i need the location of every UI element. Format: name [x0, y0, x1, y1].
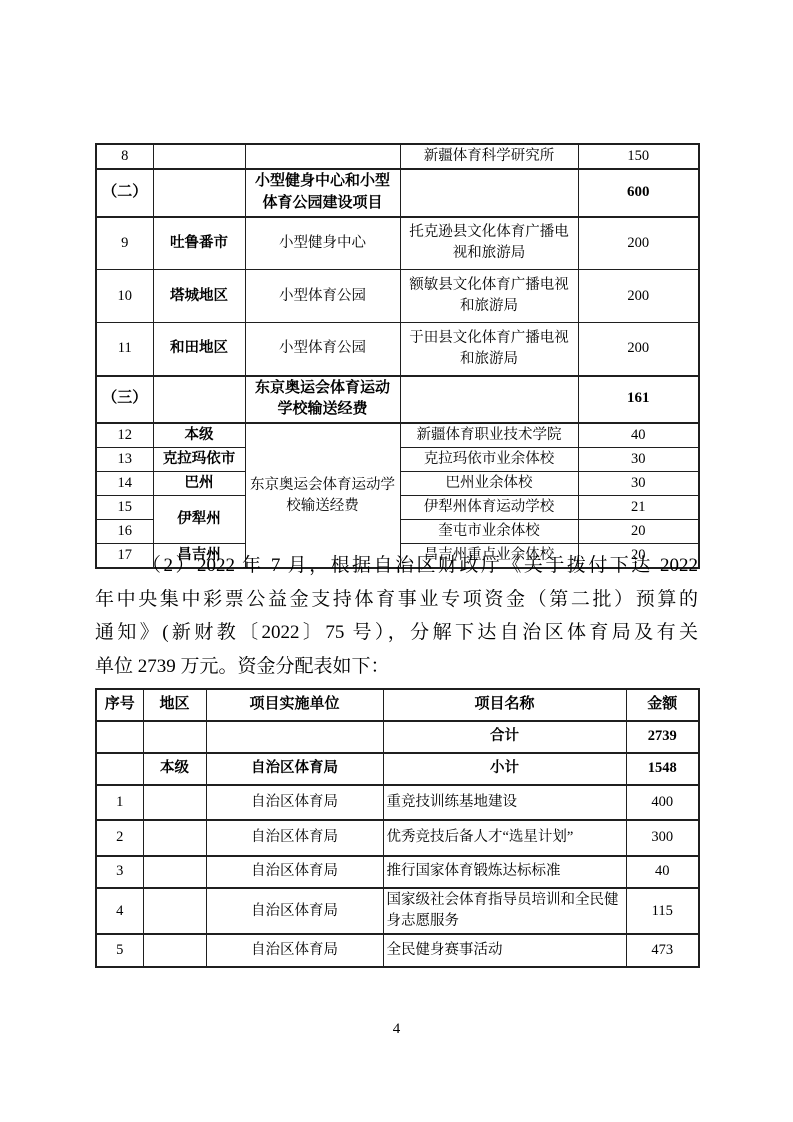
paragraph-line: 年中央集中彩票公益金支持体育事业专项资金（第二批）预算的 [95, 583, 698, 617]
table-cell: 全民健身赛事活动 [383, 934, 626, 967]
table-cell: 2739 [626, 721, 699, 753]
table-cell: 600 [578, 169, 699, 217]
table-cell: 自治区体育局 [206, 888, 383, 934]
table-cell: 项目实施单位 [206, 689, 383, 721]
table-cell: 克拉玛依市业余体校 [400, 448, 578, 472]
table-cell: 新疆体育职业技术学院 [400, 423, 578, 448]
table-cell [400, 376, 578, 424]
table-cell: 40 [626, 856, 699, 888]
table-cell: 20 [578, 520, 699, 544]
table-cell: 11 [96, 323, 153, 376]
table-cell: （二） [96, 169, 153, 217]
table-cell: （三） [96, 376, 153, 424]
table-lottery-fund-batch2: 序号地区项目实施单位项目名称金额合计2739本级自治区体育局小计15481自治区… [95, 688, 700, 968]
table-cell: 新疆体育科学研究所 [400, 144, 578, 169]
table-cell: 13 [96, 448, 153, 472]
table-cell: 473 [626, 934, 699, 967]
table-cell: 塔城地区 [153, 270, 245, 323]
table-cell: 地区 [143, 689, 206, 721]
table-cell: 3 [96, 856, 143, 888]
table-cell: 巴州业余体校 [400, 472, 578, 496]
table-cell: 300 [626, 820, 699, 856]
table-cell: 重竞技训练基地建设 [383, 785, 626, 820]
table-cell [153, 376, 245, 424]
table-cell: 国家级社会体育指导员培训和全民健身志愿服务 [383, 888, 626, 934]
table-cell: 9 [96, 217, 153, 270]
table-cell [153, 144, 245, 169]
table-cell: 吐鲁番市 [153, 217, 245, 270]
table-cell: 200 [578, 323, 699, 376]
table-cell: 30 [578, 448, 699, 472]
table-cell [400, 169, 578, 217]
table-cell: 小型体育公园 [245, 323, 400, 376]
table-cell [143, 721, 206, 753]
table-cell: 自治区体育局 [206, 856, 383, 888]
table-cell: 巴州 [153, 472, 245, 496]
table-cell: 小计 [383, 753, 626, 785]
table-cell [206, 721, 383, 753]
table-cell: 40 [578, 423, 699, 448]
table-cell: 15 [96, 496, 153, 520]
paragraph-line: 单位 2739 万元。资金分配表如下： [95, 650, 698, 684]
table-cell: 东京奥运会体育运动学校输送经费 [245, 423, 400, 568]
table-cell: 序号 [96, 689, 143, 721]
table-cell [143, 888, 206, 934]
table-cell: 伊犁州体育运动学校 [400, 496, 578, 520]
table-cell: 托克逊县文化体育广播电视和旅游局 [400, 217, 578, 270]
table-cell: 14 [96, 472, 153, 496]
table-cell [143, 934, 206, 967]
body-paragraph: （2）2022 年 7 月，根据自治区财政厅《关于拨付下达 2022年中央集中彩… [95, 549, 698, 683]
paragraph-line: （2）2022 年 7 月，根据自治区财政厅《关于拨付下达 2022 [95, 549, 698, 583]
table-cell: 优秀竞技后备人才“选星计划” [383, 820, 626, 856]
table-cell: 本级 [143, 753, 206, 785]
table-cell: 21 [578, 496, 699, 520]
table-cell: 1548 [626, 753, 699, 785]
table-cell: 自治区体育局 [206, 753, 383, 785]
table-cell: 2 [96, 820, 143, 856]
table-cell: 16 [96, 520, 153, 544]
table-cell: 115 [626, 888, 699, 934]
table-cell: 金额 [626, 689, 699, 721]
table-cell: 161 [578, 376, 699, 424]
table-cell: 5 [96, 934, 143, 967]
table-cell: 于田县文化体育广播电视和旅游局 [400, 323, 578, 376]
table-cell: 200 [578, 217, 699, 270]
table-cell: 12 [96, 423, 153, 448]
table-cell [143, 820, 206, 856]
table-lottery-fund-batch1: 8新疆体育科学研究所150（二）小型健身中心和小型体育公园建设项目6009吐鲁番… [95, 143, 700, 569]
table-cell: 自治区体育局 [206, 820, 383, 856]
table-cell: 小型健身中心和小型体育公园建设项目 [245, 169, 400, 217]
table-cell: 8 [96, 144, 153, 169]
page-number: 4 [0, 1021, 793, 1038]
table-cell: 推行国家体育锻炼达标标准 [383, 856, 626, 888]
table-cell: 本级 [153, 423, 245, 448]
table-cell: 小型体育公园 [245, 270, 400, 323]
table-cell: 400 [626, 785, 699, 820]
table-cell [143, 856, 206, 888]
table-cell: 项目名称 [383, 689, 626, 721]
table-cell: 自治区体育局 [206, 785, 383, 820]
table-cell: 东京奥运会体育运动学校输送经费 [245, 376, 400, 424]
table-cell: 1 [96, 785, 143, 820]
table-cell [153, 169, 245, 217]
table-cell [143, 785, 206, 820]
table-cell: 200 [578, 270, 699, 323]
table-cell: 伊犁州 [153, 496, 245, 544]
table-cell: 合计 [383, 721, 626, 753]
table-cell: 150 [578, 144, 699, 169]
table-cell: 和田地区 [153, 323, 245, 376]
table-cell [96, 721, 143, 753]
table-cell: 奎屯市业余体校 [400, 520, 578, 544]
table-cell: 小型健身中心 [245, 217, 400, 270]
table-cell [96, 753, 143, 785]
table-cell: 额敏县文化体育广播电视和旅游局 [400, 270, 578, 323]
table-cell: 4 [96, 888, 143, 934]
table-cell: 30 [578, 472, 699, 496]
table-cell: 自治区体育局 [206, 934, 383, 967]
table-cell [245, 144, 400, 169]
table-cell: 克拉玛依市 [153, 448, 245, 472]
table-cell: 10 [96, 270, 153, 323]
document-page: 8新疆体育科学研究所150（二）小型健身中心和小型体育公园建设项目6009吐鲁番… [0, 0, 793, 1122]
paragraph-line: 通知》(新财教〔2022〕75 号），分解下达自治区体育局及有关 [95, 616, 698, 650]
